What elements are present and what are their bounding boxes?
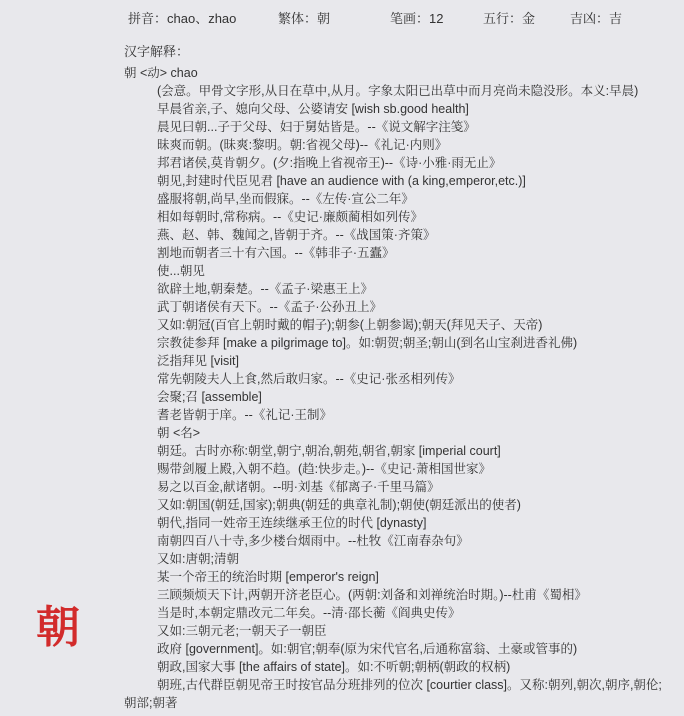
explanation-line: 武丁朝诸侯有天下。--《孟子·公孙丑上》 bbox=[124, 298, 684, 316]
explanation-line: 邦君诸侯,莫肯朝夕。(夕:指晚上省视帝王)--《诗·小雅·雨无止》 bbox=[124, 154, 684, 172]
explanation-line: (会意。甲骨文字形,从日在草中,从月。字象太阳已出草中而月亮尚未隐没形。本义:早… bbox=[124, 82, 684, 100]
explanation-line: 又如:唐朝;清朝 bbox=[124, 550, 684, 568]
five-elements-field: 五行：金 bbox=[483, 8, 535, 27]
explanation-line: 又如:朝国(朝廷,国家);朝典(朝廷的典章礼制);朝使(朝廷派出的使者) bbox=[124, 496, 684, 514]
explanation-line: 朝政,国家大事 [the affairs of state]。如:不听朝;朝柄(… bbox=[124, 658, 684, 676]
explanation-line: 朝 <名> bbox=[124, 424, 684, 442]
explanation-list: 朝 <动> chao(会意。甲骨文字形,从日在草中,从月。字象太阳已出草中而月亮… bbox=[124, 64, 684, 712]
explanation-line: 朝廷。古时亦称:朝堂,朝宁,朝冶,朝苑,朝省,朝家 [imperial cour… bbox=[124, 442, 684, 460]
dictionary-page: 拼音：chao、zhao 繁体：朝 笔画：12 五行：金 吉凶：吉 汉字解释： … bbox=[0, 0, 684, 716]
explanation-line: 欲辟土地,朝秦楚。--《孟子·梁惠王上》 bbox=[124, 280, 684, 298]
explanation-line: 朝 <动> chao bbox=[124, 64, 684, 82]
explanation-line: 燕、赵、韩、魏闻之,皆朝于齐。--《战国策·齐策》 bbox=[124, 226, 684, 244]
headword-char: 朝 bbox=[36, 606, 80, 650]
explanation-line: 三顾频烦天下计,两朝开济老臣心。(两朝:刘备和刘禅统治时期。)--杜甫《蜀相》 bbox=[124, 586, 684, 604]
explanation-line: 朝见,封建时代臣见君 [have an audience with (a kin… bbox=[124, 172, 684, 190]
explanation-line: 赐带剑履上殿,入朝不趋。(趋:快步走。)--《史记·萧相国世家》 bbox=[124, 460, 684, 478]
explanation-line: 割地而朝者三十有六国。--《韩非子·五蠹》 bbox=[124, 244, 684, 262]
explanation-line: 某一个帝王的统治时期 [emperor's reign] bbox=[124, 568, 684, 586]
explanation-line: 又如:三朝元老;一朝天子一朝臣 bbox=[124, 622, 684, 640]
explanation-line: 朝部;朝著 bbox=[124, 694, 684, 712]
explanation-line: 早晨省亲,子、媳向父母、公婆请安 [wish sb.good health] bbox=[124, 100, 684, 118]
explanation-line: 易之以百金,献诸朝。--明·刘基《郁离子·千里马篇》 bbox=[124, 478, 684, 496]
explanation-line: 泛指拜见 [visit] bbox=[124, 352, 684, 370]
explanation-line: 政府 [government]。如:朝官;朝奉(原为宋代官名,后通称富翁、土豪或… bbox=[124, 640, 684, 658]
explanation-line: 朝班,古代群臣朝见帝王时按官品分班排列的位次 [courtier class]。… bbox=[124, 676, 684, 694]
explanation-line: 使...朝见 bbox=[124, 262, 684, 280]
section-title: 汉字解释： bbox=[124, 41, 189, 60]
explanation-line: 昧爽而朝。(昧爽:黎明。朝:省视父母)--《礼记·内则》 bbox=[124, 136, 684, 154]
explanation-line: 当是时,本朝定鼎改元二年矣。--清·邵长蘅《阎典史传》 bbox=[124, 604, 684, 622]
explanation-line: 耆老皆朝于庠。--《礼记·王制》 bbox=[124, 406, 684, 424]
explanation-line: 宗教徒参拜 [make a pilgrimage to]。如:朝贺;朝圣;朝山(… bbox=[124, 334, 684, 352]
explanation-line: 相如每朝时,常称病。--《史记·廉颇蔺相如列传》 bbox=[124, 208, 684, 226]
pinyin-field: 拼音：chao、zhao bbox=[128, 8, 236, 27]
luck-field: 吉凶：吉 bbox=[570, 8, 622, 27]
strokes-field: 笔画：12 bbox=[390, 8, 443, 27]
explanation-line: 会聚;召 [assemble] bbox=[124, 388, 684, 406]
traditional-field: 繁体：朝 bbox=[278, 8, 330, 27]
explanation-line: 盛服将朝,尚早,坐而假寐。--《左传·宣公二年》 bbox=[124, 190, 684, 208]
explanation-line: 南朝四百八十寺,多少楼台烟雨中。--杜牧《江南春杂句》 bbox=[124, 532, 684, 550]
explanation-line: 常先朝陵夫人上食,然后敢归家。--《史记·张丞相列传》 bbox=[124, 370, 684, 388]
explanation-line: 又如:朝冠(百官上朝时戴的帽子);朝参(上朝参谒);朝天(拜见天子、天帝) bbox=[124, 316, 684, 334]
explanation-line: 朝代,指同一姓帝王连续继承王位的时代 [dynasty] bbox=[124, 514, 684, 532]
explanation-line: 晨见曰朝...子于父母、妇于舅姑皆是。--《说文解字注笺》 bbox=[124, 118, 684, 136]
attribute-bar: 拼音：chao、zhao 繁体：朝 笔画：12 五行：金 吉凶：吉 bbox=[0, 0, 684, 30]
